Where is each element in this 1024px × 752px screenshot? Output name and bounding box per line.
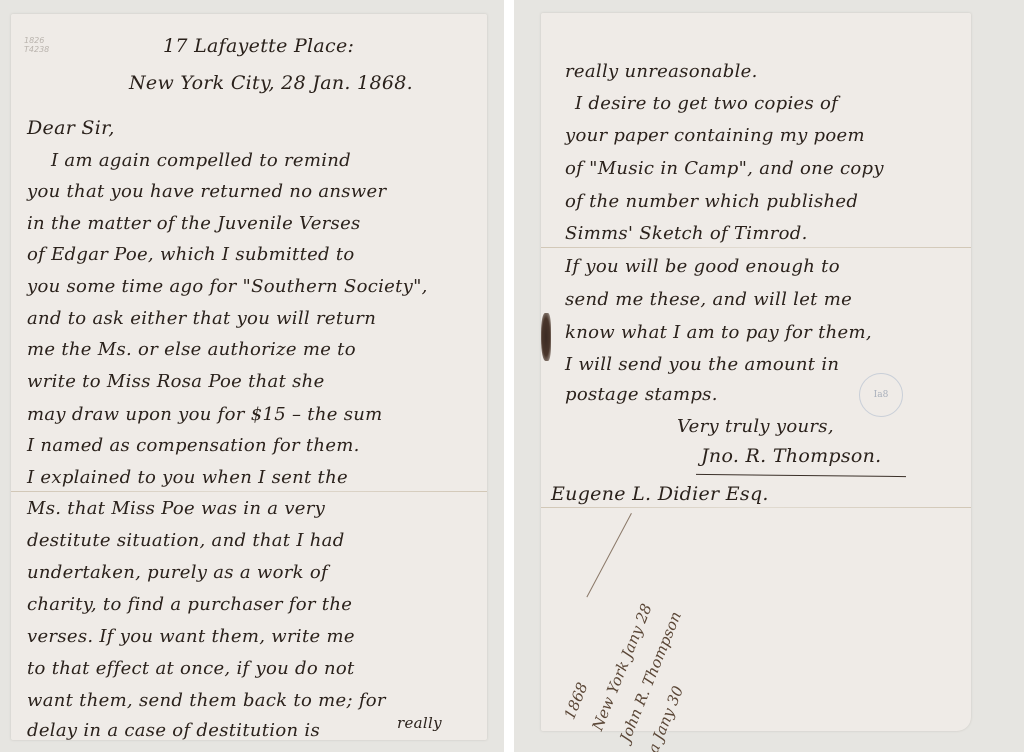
- right-panel: really unreasonable. I desire to get two…: [514, 0, 1024, 752]
- letter-line: If you will be good enough to: [565, 256, 840, 277]
- addressee: Eugene L. Didier Esq.: [551, 483, 769, 505]
- signature-underline: [696, 474, 906, 477]
- letter-line: I am again compelled to remind: [51, 150, 351, 171]
- letter-line: I named as compensation for them.: [27, 435, 360, 456]
- ink-blot: [541, 313, 551, 361]
- pencil-note-line: T4238: [24, 45, 49, 54]
- letter-line: postage stamps.: [565, 384, 718, 405]
- pencil-note-line: 1826: [24, 36, 49, 45]
- letter-line: and to ask either that you will return: [27, 308, 376, 329]
- letter-line: you some time ago for "Southern Society"…: [27, 276, 428, 297]
- left-panel: 1826 T4238 17 Lafayette Place: New York …: [0, 0, 504, 752]
- letter-line: I desire to get two copies of: [575, 93, 838, 114]
- date-line: New York City, 28 Jan. 1868.: [129, 72, 413, 94]
- letter-line: want them, send them back to me; for: [27, 690, 386, 711]
- letter-line: of "Music in Camp", and one copy: [565, 158, 884, 179]
- letter-line: delay in a case of destitution is: [27, 720, 320, 741]
- salutation: Dear Sir,: [27, 117, 115, 139]
- letter-line: send me these, and will let me: [565, 289, 852, 310]
- letter-line: write to Miss Rosa Poe that she: [27, 371, 325, 392]
- letter-line: know what I am to pay for them,: [565, 322, 872, 343]
- address-line: 17 Lafayette Place:: [163, 35, 354, 57]
- letter-line: may draw upon you for $15 – the sum: [27, 404, 383, 425]
- letter-line: destitute situation, and that I had: [27, 530, 345, 551]
- letter-line: verses. If you want them, write me: [27, 626, 355, 647]
- letter-line: charity, to find a purchaser for the: [27, 594, 352, 615]
- letter-line: me the Ms. or else authorize me to: [27, 339, 356, 360]
- letter-line: Simms' Sketch of Timrod.: [565, 223, 808, 244]
- page-divider: [504, 0, 514, 752]
- letter-line: really unreasonable.: [565, 61, 758, 82]
- fold-line: [541, 247, 971, 248]
- docket-note: 1868 New York Jany 28 John R. Thompson a…: [555, 584, 718, 752]
- letter-line: Ms. that Miss Poe was in a very: [27, 498, 325, 519]
- letter-line: your paper containing my poem: [565, 125, 865, 146]
- letter-line: to that effect at once, if you do not: [27, 658, 355, 679]
- library-stamp: Ia8: [859, 373, 903, 417]
- catchword: really: [397, 714, 442, 732]
- fold-line: [11, 491, 487, 492]
- letter-line: I will send you the amount in: [565, 354, 839, 375]
- fold-line: [541, 507, 971, 508]
- letter-line: of Edgar Poe, which I submitted to: [27, 244, 355, 265]
- pencil-catalog-note: 1826 T4238: [24, 36, 49, 54]
- letter-page-2: really unreasonable. I desire to get two…: [541, 13, 971, 731]
- letter-line: I explained to you when I sent the: [27, 467, 348, 488]
- letter-line: of the number which published: [565, 191, 858, 212]
- signature: Jno. R. Thompson.: [701, 445, 882, 467]
- closing: Very truly yours,: [677, 416, 834, 437]
- letter-page-1: 1826 T4238 17 Lafayette Place: New York …: [11, 14, 487, 740]
- letter-line: undertaken, purely as a work of: [27, 562, 328, 583]
- letter-line: in the matter of the Juvenile Verses: [27, 213, 361, 234]
- letter-line: you that you have returned no answer: [27, 181, 386, 202]
